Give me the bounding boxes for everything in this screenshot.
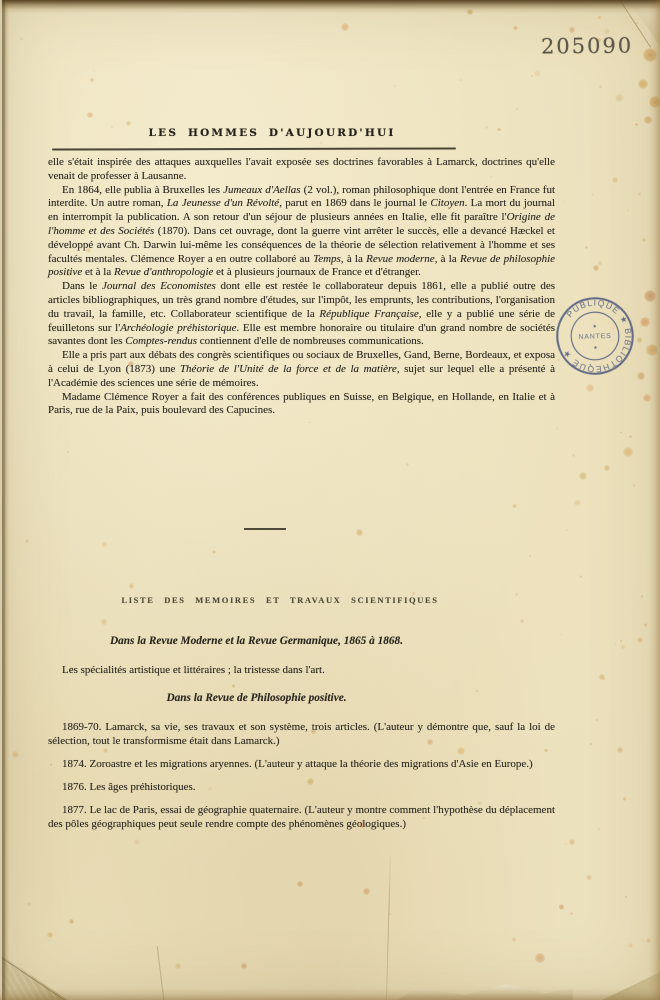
- foxing-spot: [642, 238, 645, 241]
- foxing-spot: [241, 963, 247, 969]
- foxing-spot: [623, 141, 625, 143]
- foxing-spot: [638, 79, 648, 89]
- foxing-spot: [623, 797, 627, 801]
- foxing-spot: [620, 432, 622, 434]
- foxing-spot: [644, 623, 648, 627]
- scanned-document-page: 205090 LES HOMMES D'AUJOURD'HUI elle s'é…: [0, 0, 660, 1000]
- foxing-spot: [593, 265, 599, 271]
- bottom-left-fold: [0, 954, 68, 1000]
- foxing-spot: [467, 9, 473, 15]
- foxing-spot: [87, 112, 93, 118]
- foxing-spot: [531, 75, 533, 77]
- foxing-spot: [460, 79, 462, 81]
- foxing-spot: [623, 447, 633, 457]
- foxing-spot: [649, 96, 660, 108]
- scan-edge-left: [0, 0, 9, 1000]
- paragraph: En 1864, elle publia à Bruxelles les Jum…: [48, 184, 555, 281]
- bibliography-heading: LISTE DES MEMOIRES ET TRAVAUX SCIENTIFIQ…: [20, 595, 540, 605]
- foxing-spot: [575, 472, 577, 474]
- foxing-spot: [585, 246, 588, 249]
- foxing-spot: [534, 70, 541, 77]
- foxing-spot: [598, 261, 603, 266]
- foxing-spot: [93, 70, 95, 72]
- paper-crease: [157, 946, 165, 1000]
- foxing-spot: [134, 839, 140, 845]
- foxing-spot: [635, 123, 638, 126]
- foxing-spot: [559, 904, 564, 909]
- foxing-spot: [560, 634, 562, 636]
- foxing-spot: [212, 550, 216, 554]
- stamp-star-icon: ★: [593, 345, 598, 351]
- paper-crease: [386, 850, 391, 1000]
- paragraph: Elle a pris part aux débats des congrès …: [48, 349, 555, 390]
- foxing-spot: [612, 177, 618, 183]
- foxing-spot: [615, 643, 617, 645]
- foxing-spot: [569, 27, 575, 33]
- foxing-spot: [636, 22, 638, 24]
- foxing-spot: [341, 23, 349, 31]
- foxing-spot: [643, 394, 651, 402]
- scan-edge-right: [649, 0, 660, 1000]
- foxing-spot: [570, 912, 573, 915]
- bibliography-entry: 1876. Les âges préhistoriques.: [48, 780, 555, 794]
- foxing-spot: [564, 200, 566, 202]
- foxing-spot: [566, 529, 569, 532]
- foxing-spot: [512, 504, 517, 509]
- foxing-spot: [627, 209, 630, 212]
- foxing-spot: [69, 919, 74, 924]
- journal-subheading: Dans la Revue de Philosophie positive.: [3, 691, 510, 705]
- paragraph: Dans le Journal des Economistes dont ell…: [48, 280, 555, 349]
- bibliography-entry: Les spécialités artistique et littéraire…: [48, 663, 555, 677]
- foxing-spot: [90, 78, 94, 82]
- foxing-spot: [590, 938, 592, 940]
- scan-edge-top: [0, 0, 660, 13]
- foxing-spot: [638, 192, 642, 196]
- foxing-spot: [579, 472, 587, 480]
- foxing-spot: [25, 539, 29, 543]
- foxing-spot: [586, 875, 591, 880]
- bibliography-body: Dans la Revue Moderne et la Revue German…: [48, 620, 555, 840]
- foxing-spot: [503, 908, 505, 910]
- foxing-spot: [621, 645, 625, 649]
- foxing-spot: [629, 435, 632, 438]
- foxing-spot: [586, 384, 594, 392]
- header-rule: [52, 147, 456, 150]
- foxing-spot: [637, 372, 645, 380]
- foxing-spot: [394, 85, 396, 87]
- foxing-spot: [572, 454, 575, 457]
- bibliography-entry: 1869-70. Lamarck, sa vie, ses travaux et…: [48, 720, 555, 748]
- foxing-spot: [516, 108, 518, 110]
- foxing-spot: [646, 344, 658, 356]
- foxing-spot: [603, 678, 605, 680]
- foxing-spot: [27, 902, 31, 906]
- foxing-spot: [512, 937, 516, 941]
- foxing-spot: [643, 48, 657, 62]
- foxing-spot: [641, 595, 643, 597]
- foxing-spot: [12, 751, 19, 758]
- stamp-star-icon: ★: [592, 324, 597, 330]
- foxing-spot: [591, 193, 594, 196]
- foxing-spot: [644, 290, 656, 302]
- foxing-spot: [590, 743, 592, 745]
- bottom-left-crease: [1, 957, 73, 1000]
- foxing-spot: [596, 719, 598, 721]
- foxing-spot: [529, 555, 531, 557]
- foxing-spot: [129, 583, 134, 588]
- foxing-spot: [389, 913, 391, 915]
- running-title: LES HOMMES D'AUJOURD'HUI: [12, 127, 532, 139]
- stamp-center-text: NANTES: [578, 333, 611, 341]
- foxing-spot: [175, 963, 181, 969]
- bibliography-entry: 1877. Le lac de Paris, essai de géograph…: [48, 803, 555, 831]
- foxing-spot: [102, 542, 107, 547]
- foxing-spot: [625, 896, 627, 898]
- foxing-spot: [599, 85, 602, 88]
- foxing-spot: [565, 843, 567, 845]
- foxing-spot: [126, 121, 131, 126]
- foxing-spot: [604, 987, 606, 989]
- foxing-spot: [297, 881, 303, 887]
- article-text: elle s'était inspirée des attaques auxqu…: [48, 156, 555, 418]
- bibliography-entry: 1874. Zoroastre et les migrations aryenn…: [48, 757, 555, 771]
- foxing-spot: [309, 422, 311, 424]
- foxing-spot: [356, 529, 363, 536]
- foxing-spot: [633, 484, 636, 487]
- foxing-spot: [556, 427, 558, 429]
- foxing-spot: [604, 465, 610, 471]
- paragraph: Madame Clémence Royer a fait des confére…: [48, 391, 555, 419]
- foxing-spot: [412, 422, 414, 424]
- foxing-spot: [644, 116, 652, 124]
- foxing-spot: [580, 575, 582, 577]
- foxing-spot: [406, 463, 409, 466]
- journal-subheading: Dans la Revue Moderne et la Revue German…: [3, 634, 510, 648]
- bottom-right-fold: [602, 972, 660, 1000]
- paragraph: elle s'était inspirée des attaques auxqu…: [48, 156, 555, 184]
- accession-number-stamp: 205090: [541, 34, 633, 59]
- foxing-spot: [513, 26, 517, 30]
- foxing-spot: [628, 943, 633, 948]
- foxing-spot: [615, 94, 623, 102]
- foxing-spot: [20, 38, 23, 41]
- bottom-center-fold: [398, 983, 573, 1000]
- foxing-spot: [67, 451, 69, 453]
- foxing-spot: [320, 142, 322, 144]
- foxing-spot: [574, 500, 580, 506]
- scan-edge-bottom: [0, 988, 660, 1000]
- foxing-spot: [47, 932, 53, 938]
- foxing-spot: [598, 16, 601, 19]
- foxing-spot: [535, 953, 545, 963]
- foxing-spot: [637, 637, 643, 643]
- foxing-spot: [598, 828, 600, 830]
- section-divider: [244, 528, 286, 530]
- foxing-spot: [569, 839, 575, 845]
- foxing-spot: [617, 747, 623, 753]
- foxing-spot: [599, 674, 605, 680]
- foxing-spot: [646, 938, 651, 943]
- foxing-spot: [620, 640, 622, 642]
- foxing-spot: [363, 888, 370, 895]
